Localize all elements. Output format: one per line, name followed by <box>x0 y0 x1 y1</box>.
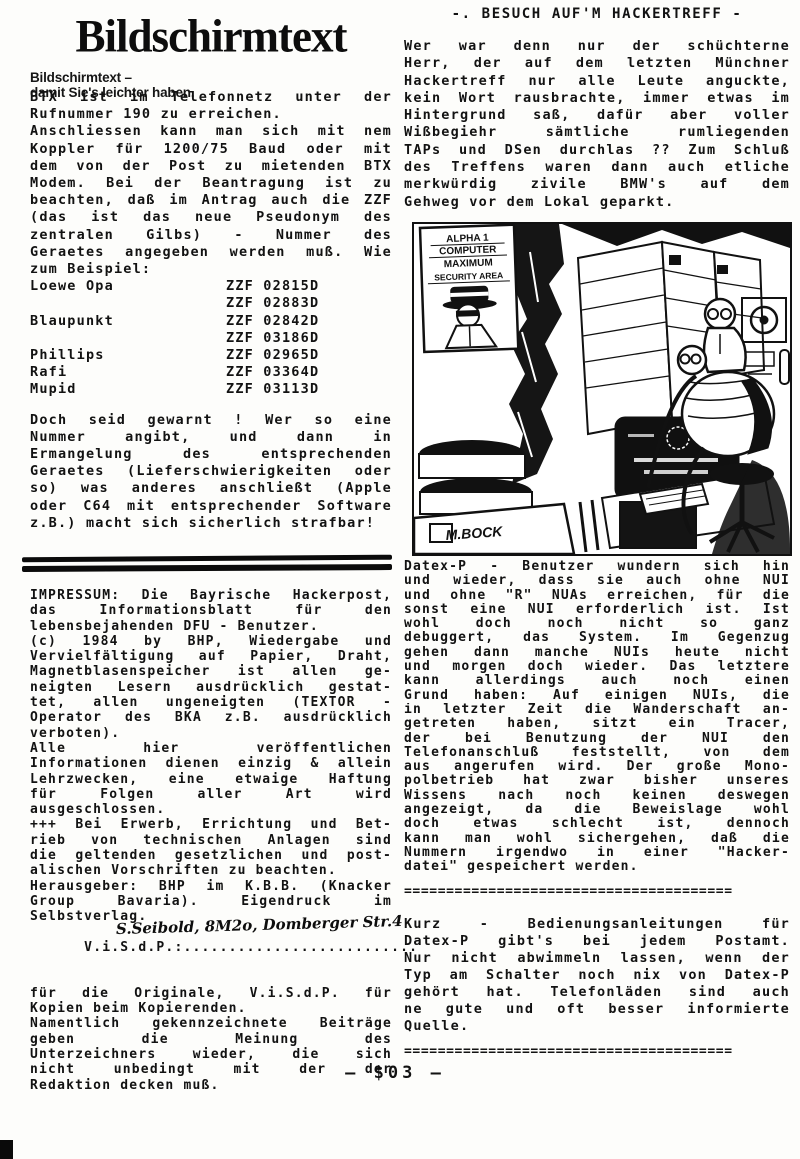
text-line: Herr, der auf dem letzten Münchner <box>404 55 790 72</box>
text-line: Wissens nach noch keinen deswegen <box>404 789 790 803</box>
text-line: dem von der Post zu mietenden BTX <box>30 158 392 175</box>
text-line: gehört hat. Telefonläden sind auch <box>404 984 790 1001</box>
text-line: Wer war denn nur der schüchterne <box>404 38 790 55</box>
paragraph-datex: Datex-P - Benutzer wundern sich hinund w… <box>404 560 790 875</box>
text-line: merkwürdig zivile BMW's auf dem <box>404 176 790 193</box>
text-line: Geraetes (Lieferschwierigkeiten oder <box>30 463 392 480</box>
device-name <box>30 295 226 312</box>
zzf-code: ZZF 02965D <box>226 347 319 364</box>
article-header: -. BESUCH AUF'M HACKERTREFF - <box>404 6 790 22</box>
text-line: Geraetes angegeben werden muß. Wie <box>30 244 392 261</box>
paragraph-warnung: Doch seid gewarnt ! Wer so eineNummer an… <box>30 412 392 532</box>
text-line: zentralen Gilbs) - Nummer des <box>30 227 392 244</box>
text-line: neigten Lesern ausdrücklich gestat- <box>30 680 392 695</box>
zzf-code: ZZF 03186D <box>226 330 319 347</box>
text-line: kann man wohl sichergehen, daß die <box>404 832 790 846</box>
text-line: Magnetblasenspeicher ist allen ge- <box>30 664 392 679</box>
text-line: Unterzeichners wieder, die sich <box>30 1047 392 1062</box>
cartoon-illustration: ALPHA 1 COMPUTER MAXIMUM SECURITY AREA <box>412 222 792 556</box>
text-line: +++ Bei Erwerb, Errichtung und Bet- <box>30 817 392 832</box>
text-line: IMPRESSUM: Die Bayrische Hackerpost, <box>30 588 392 603</box>
observer-glasses <box>708 309 718 319</box>
hacker-glasses <box>681 355 690 364</box>
zine-page: Bildschirmtext Bildschirmtext – damit Si… <box>0 0 800 1159</box>
zzf-table-row: ZZF 03186D <box>30 330 392 347</box>
security-poster: ALPHA 1 COMPUTER MAXIMUM SECURITY AREA <box>420 225 518 352</box>
paragraph-btx: BTX ist im Telefonnetz unter derRufnumme… <box>30 89 392 123</box>
text-line: BTX ist im Telefonnetz unter der <box>30 89 392 106</box>
text-line: Datex-P - Benutzer wundern sich hin <box>404 560 790 574</box>
text-line: ne gute und oft besser informierte <box>404 1001 790 1018</box>
text-line: Hackertreff nur alle Leute anguckte, <box>404 73 790 90</box>
text-line: verboten). <box>30 726 392 741</box>
text-line: für Folgen aller Art wird <box>30 787 392 802</box>
text-line: (c) 1984 by BHP, Wiedergabe und <box>30 634 392 649</box>
zzf-table-row: BlaupunktZZF 02842D <box>30 313 392 330</box>
text-line: datei" gespeichert werden. <box>404 860 790 874</box>
text-line: das Informationsblatt für den <box>30 603 392 618</box>
impressum-paragraph: für die Originale, V.i.S.d.P. fürKopien … <box>30 986 392 1017</box>
text-line: Nummer angibt, und dann in <box>30 429 392 446</box>
text-line: Vervielfältigung auf Papier, Draht, <box>30 649 392 664</box>
scan-corner-mark <box>0 1140 13 1159</box>
zzf-table-row: PhillipsZZF 02965D <box>30 347 392 364</box>
text-line: doch etwas schlecht ist, dennoch <box>404 817 790 831</box>
text-line: Rufnummer 190 zu erreichen. <box>30 106 392 123</box>
text-line: Kurz - Bedienungsanleitungen für <box>404 916 790 933</box>
text-line: der bei Benutzung der NUI den <box>404 732 790 746</box>
page-title: Bildschirmtext <box>30 9 392 63</box>
text-line: z.B.) macht sich sicherlich strafbar! <box>30 515 392 532</box>
zzf-table-row: ZZF 02883D <box>30 295 392 312</box>
screen-text-line <box>634 458 718 462</box>
device-name: Rafi <box>30 364 226 381</box>
zzf-code: ZZF 02883D <box>226 295 319 312</box>
paragraph-anschluss: Anschliessen kann man sich mit nemKopple… <box>30 123 392 278</box>
left-column: Bildschirmtext Bildschirmtext – damit Si… <box>30 10 392 100</box>
zzf-table-row: RafiZZF 03364D <box>30 364 392 381</box>
subtitle-line: Bildschirmtext – <box>30 70 392 85</box>
text-line: Datex-P gibt's bei jedem Postamt. <box>404 933 790 950</box>
text-line: die geltenden gesetzlichen und post- <box>30 848 392 863</box>
impressum-paragraph: Alle hier veröffentlichenInformationen d… <box>30 741 392 817</box>
text-line: kein Wort rausbrachte, immer etwas im <box>404 90 790 107</box>
impressum-paragraph: IMPRESSUM: Die Bayrische Hackerpost,das … <box>30 588 392 634</box>
text-line: in letzter Zeit die Wanderschaft an- <box>404 703 790 717</box>
text-line: Group Bavaria). Eigendruck im <box>30 894 392 909</box>
cartoon-svg: ALPHA 1 COMPUTER MAXIMUM SECURITY AREA <box>412 222 792 556</box>
text-line: Doch seid gewarnt ! Wer so eine <box>30 412 392 429</box>
zzf-code: ZZF 03113D <box>226 381 319 398</box>
impressum-paragraph: +++ Bei Erwerb, Errichtung und Bet-rieb … <box>30 817 392 878</box>
text-line: Grund haben: Auf einigen NUIs, die <box>404 689 790 703</box>
text-line: ausgeschlossen. <box>30 802 392 817</box>
divider-rule-top <box>22 555 392 563</box>
zzf-table: Loewe OpaZZF 02815D ZZF 02883DBlaupunktZ… <box>30 278 392 398</box>
text-line: des Treffens waren dann auch etliche <box>404 159 790 176</box>
text-line: getreten haben, sitzt ein Tracer, <box>404 717 790 731</box>
zzf-code: ZZF 03364D <box>226 364 319 381</box>
device-name <box>30 330 226 347</box>
spacer <box>30 399 392 412</box>
equals-divider: ======================================= <box>404 884 790 899</box>
zzf-code: ZZF 02842D <box>226 313 319 330</box>
text-line: Gehweg vor dem Lokal geparkt. <box>404 194 790 211</box>
text-line: Operator des BKA z.B. ausdrücklich <box>30 710 392 725</box>
impressum-section: IMPRESSUM: Die Bayrische Hackerpost,das … <box>30 588 392 1093</box>
text-line: gehen dann manche NUIs heute nicht <box>404 646 790 660</box>
divider-rule-bottom <box>22 564 392 572</box>
text-line: geben die Meinung des <box>30 1032 392 1047</box>
text-line: Quelle. <box>404 1018 790 1035</box>
paragraph-kurz: Kurz - Bedienungsanleitungen fürDatex-P … <box>404 916 790 1035</box>
text-line: Lehrzwecken, eine etwaige Haftung <box>30 772 392 787</box>
paragraph-besuch: Wer war denn nur der schüchterneHerr, de… <box>404 38 790 211</box>
text-line: Koppler für 1200/75 Baud oder mit <box>30 141 392 158</box>
device-name: Loewe Opa <box>30 278 226 295</box>
text-line: rieb von technischen Anlagen sind <box>30 833 392 848</box>
text-line: für die Originale, V.i.S.d.P. für <box>30 986 392 1001</box>
text-line: wohl doch noch nicht so ganz <box>404 617 790 631</box>
text-line: kann allerdings auch noch einen <box>404 674 790 688</box>
text-line: alischen Vorschriften zu beachten. <box>30 863 392 878</box>
text-line: und wieder, dass sie auch ohne NUI <box>404 574 790 588</box>
text-line: polbetrieb hat zwar bisher unseres <box>404 774 790 788</box>
text-line: Hintergrund saß, dafür aber voller <box>404 107 790 124</box>
text-line: sonst eine NUI erforderlich ist. Ist <box>404 603 790 617</box>
zzf-table-row: MupidZZF 03113D <box>30 381 392 398</box>
equals-divider: ======================================= <box>404 1044 790 1059</box>
text-line: Telefonanschluß feststellt, von dem <box>404 746 790 760</box>
page-number: — $03 — <box>290 1063 500 1083</box>
text-line: so) was anderes anschließt (Apple <box>30 480 392 497</box>
text-line: debuggert, das System. Im Gegenzug <box>404 631 790 645</box>
text-line: Wißbegiehr sämtliche rumliegenden <box>404 124 790 141</box>
visdp-line: V.i.S.d.P.:.......................... S.… <box>30 925 392 986</box>
text-line: Nur nicht abwimmeln lassen, wenn der <box>404 950 790 967</box>
poster-text-line: MAXIMUM <box>444 257 493 270</box>
text-line: Nummern irgendwo in einer "Hacker- <box>404 846 790 860</box>
text-line: Kopien beim Kopierenden. <box>30 1001 392 1016</box>
text-line: aus angerufen wird. Der große Mono- <box>404 760 790 774</box>
btx-intro-section: BTX ist im Telefonnetz unter derRufnumme… <box>30 89 392 532</box>
sunglasses <box>456 310 479 317</box>
text-line: zum Beispiel: <box>30 261 392 278</box>
text-line: tet, allen ungeneigten (TEXTOR - <box>30 695 392 710</box>
text-line: lebensbejahenden DFÜ - Benutzer. <box>30 619 392 634</box>
screen-text-line <box>628 434 654 437</box>
text-line: angezeigt, da die Beweislage wohl <box>404 803 790 817</box>
text-line: TAPs und DSen durchlas ?? Zum Schluß <box>404 142 790 159</box>
text-line: beachten, daß im Antrag auch die ZZF <box>30 192 392 209</box>
visdp-typed-text: V.i.S.d.P.:.......................... <box>84 940 418 955</box>
text-line: Typ am Schalter noch nix von Datex-P <box>404 967 790 984</box>
impressum-paragraph: (c) 1984 by BHP, Wiedergabe undVervielfä… <box>30 634 392 741</box>
device-name: Blaupunkt <box>30 313 226 330</box>
text-line: und ohne "R" NUAs erreichen, für die <box>404 589 790 603</box>
text-line: Modem. Bei der Beantragung ist zu <box>30 175 392 192</box>
poster-text-line: ALPHA 1 <box>446 233 489 245</box>
text-line: Ermangelung des entsprechenden <box>30 446 392 463</box>
text-line: Namentlich gekennzeichnete Beiträge <box>30 1016 392 1031</box>
text-line: Herausgeber: BHP im K.B.B. (Knacker <box>30 879 392 894</box>
text-line: und morgen doch wieder. Das letztere <box>404 660 790 674</box>
text-line: oder C64 mit entsprechender Software <box>30 498 392 515</box>
zzf-table-row: Loewe OpaZZF 02815D <box>30 278 392 295</box>
device-name: Mupid <box>30 381 226 398</box>
text-line: Alle hier veröffentlichen <box>30 741 392 756</box>
text-line: Informationen dienen einzig & allein <box>30 756 392 771</box>
text-line: Anschliessen kann man sich mit nem <box>30 123 392 140</box>
zzf-code: ZZF 02815D <box>226 278 319 295</box>
text-line: (das ist das neue Pseudonym des <box>30 209 392 226</box>
device-name: Phillips <box>30 347 226 364</box>
